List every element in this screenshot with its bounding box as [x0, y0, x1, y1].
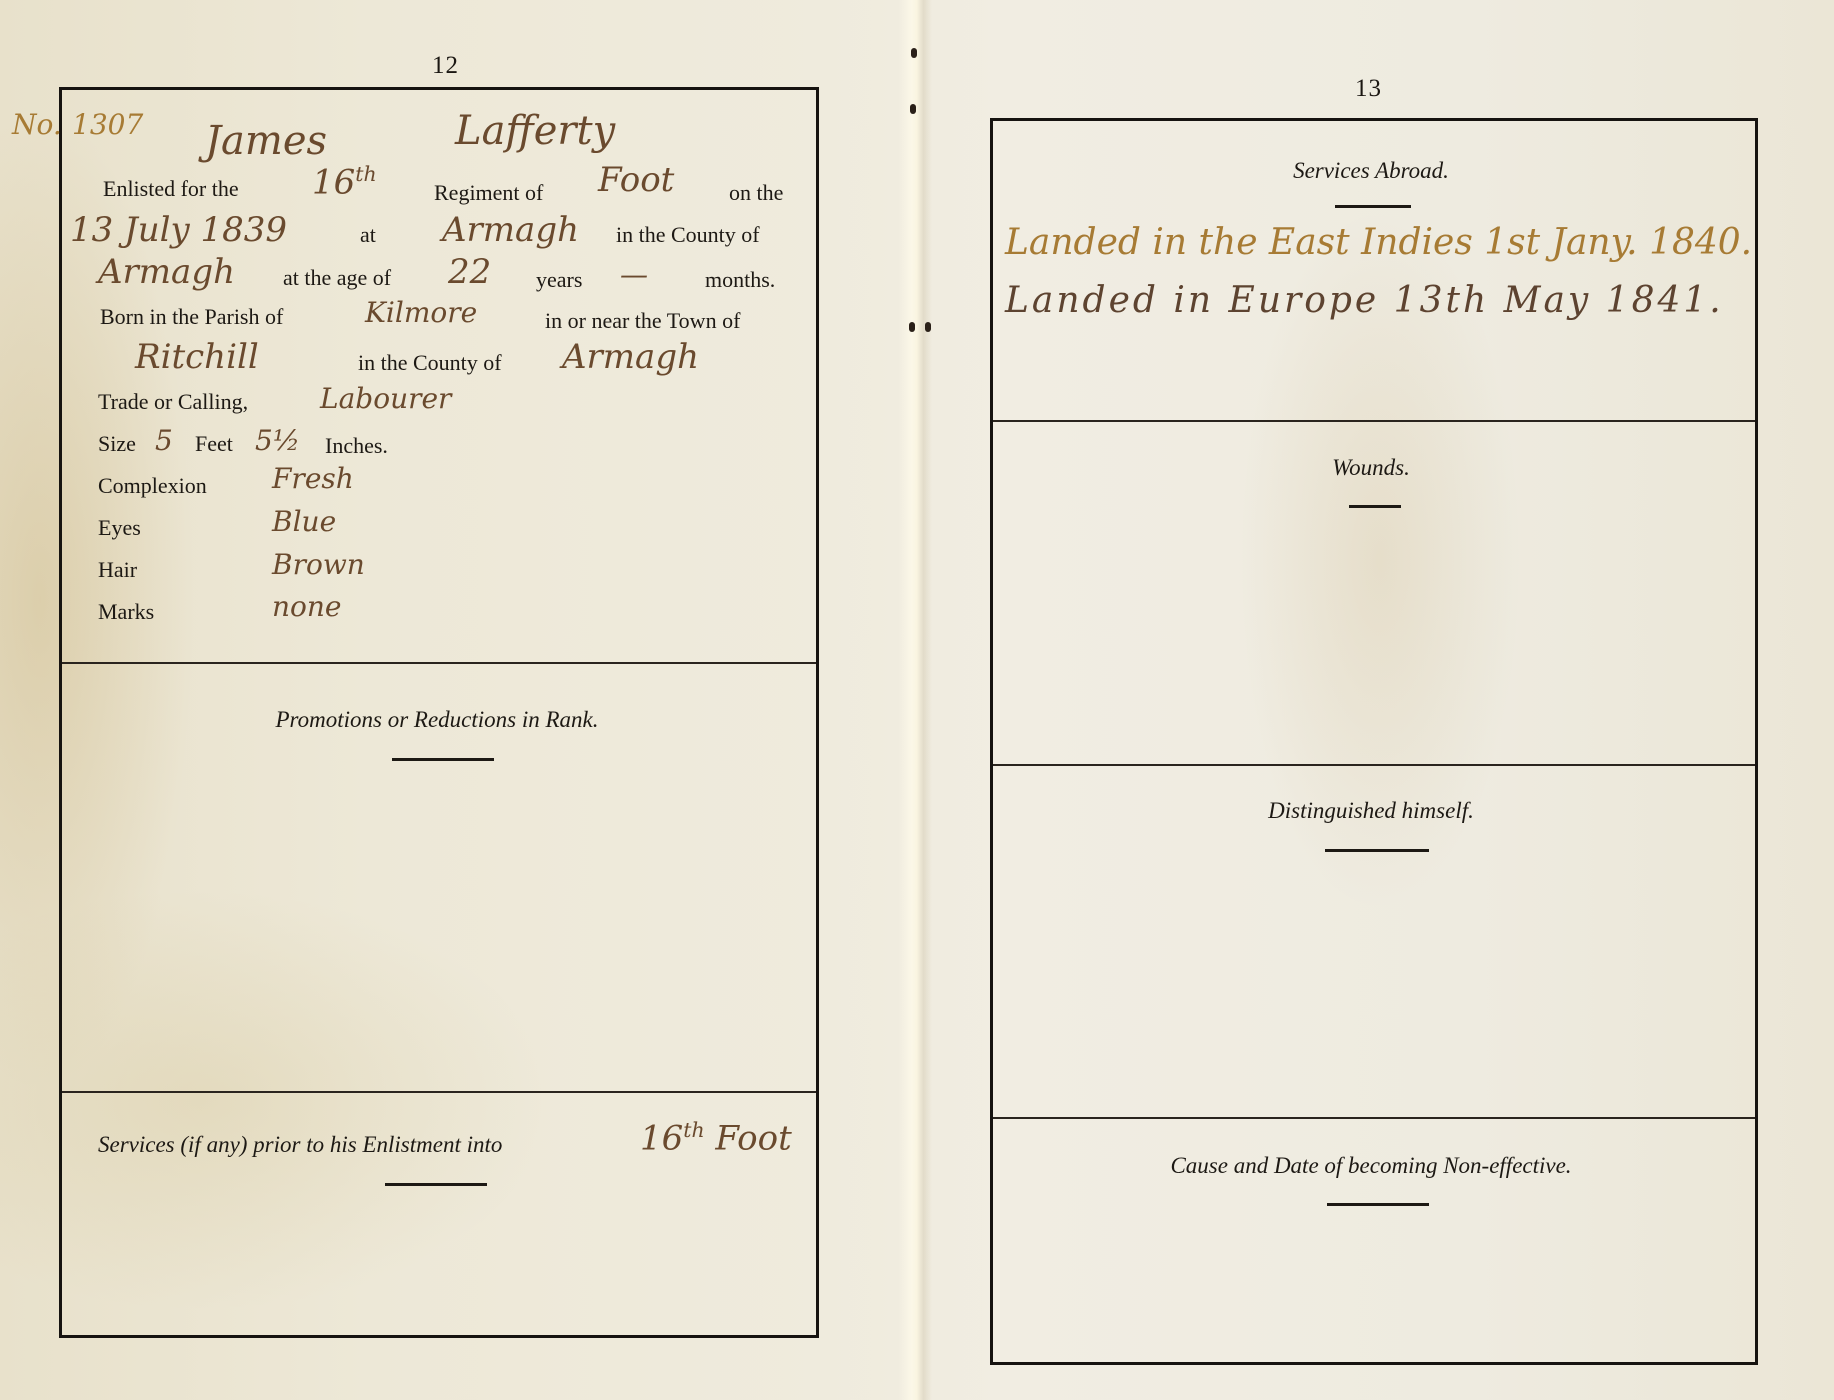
heading-rule: [1335, 205, 1411, 208]
section-divider: [993, 764, 1755, 766]
parish-label: Born in the Parish of: [100, 304, 283, 330]
page-number: 13: [1355, 75, 1382, 103]
size-label: Size: [98, 431, 136, 457]
complexion-label: Complexion: [98, 473, 207, 499]
prior-services-heading: Services (if any) prior to his Enlistmen…: [98, 1132, 502, 1158]
on-the-label: on the: [729, 180, 783, 206]
services-abroad-heading: Services Abroad.: [990, 158, 1752, 184]
regiment-type: Foot: [598, 160, 674, 200]
inches-label: Inches.: [325, 433, 388, 459]
hair-label: Hair: [98, 557, 137, 583]
marks: none: [272, 590, 342, 623]
enlist-date: 13 July 1839: [70, 210, 287, 250]
number-label: No.: [12, 108, 62, 141]
trade: Labourer: [320, 382, 451, 415]
birth-county: Armagh: [562, 337, 699, 377]
size-feet: 5: [155, 424, 173, 457]
section-divider: [62, 662, 816, 664]
prior-services-regiment: 16th Foot: [640, 1118, 792, 1158]
binding-stitch: [910, 104, 916, 114]
heading-rule: [1327, 1203, 1429, 1206]
eyes-label: Eyes: [98, 515, 141, 541]
at-label: at: [360, 222, 376, 248]
enlisted-label: Enlisted for the: [103, 176, 239, 202]
services-abroad-entry: Landed in the East Indies 1st Jany. 1840…: [1005, 222, 1752, 263]
county-of-label: in the County of: [616, 222, 760, 248]
months-label: months.: [705, 267, 775, 293]
section-divider: [62, 1091, 816, 1093]
services-abroad-entry: Landed in Europe 13th May 1841.: [1005, 280, 1724, 321]
section-divider: [993, 1117, 1755, 1119]
non-effective-heading: Cause and Date of becoming Non-effective…: [990, 1153, 1752, 1179]
enlist-county: Armagh: [98, 252, 235, 292]
eyes: Blue: [272, 505, 336, 538]
wounds-heading: Wounds.: [990, 455, 1752, 481]
page-number: 12: [432, 52, 459, 80]
heading-rule: [1325, 849, 1429, 852]
size-inches: 5½: [255, 424, 300, 457]
enlist-place: Armagh: [442, 210, 579, 250]
regimental-number: 1307: [72, 108, 143, 141]
section-divider: [993, 420, 1755, 422]
town-label: in or near the Town of: [545, 308, 740, 334]
regiment-of-label: Regiment of: [434, 180, 543, 206]
age-months: —: [620, 258, 648, 291]
age-years: 22: [448, 252, 491, 292]
binding-stitch: [909, 322, 915, 332]
years-label: years: [536, 267, 582, 293]
promotions-heading: Promotions or Reductions in Rank.: [60, 707, 814, 733]
trade-label: Trade or Calling,: [98, 389, 248, 415]
heading-rule: [1349, 505, 1401, 508]
regiment-number: 16th: [312, 162, 377, 202]
first-name: James: [205, 118, 327, 164]
heading-rule: [392, 758, 494, 761]
feet-label: Feet: [195, 431, 233, 457]
distinguished-heading: Distinguished himself.: [990, 798, 1752, 824]
age-label: at the age of: [283, 265, 391, 291]
complexion: Fresh: [272, 462, 354, 495]
surname: Lafferty: [455, 108, 615, 154]
book-gutter-fold: [898, 0, 932, 1400]
binding-stitch: [925, 322, 931, 332]
binding-stitch: [911, 48, 917, 58]
marks-label: Marks: [98, 599, 154, 625]
parish: Kilmore: [365, 296, 477, 329]
birth-county-label: in the County of: [358, 350, 502, 376]
town: Ritchill: [135, 337, 259, 377]
heading-rule: [385, 1183, 487, 1186]
hair: Brown: [272, 548, 365, 581]
